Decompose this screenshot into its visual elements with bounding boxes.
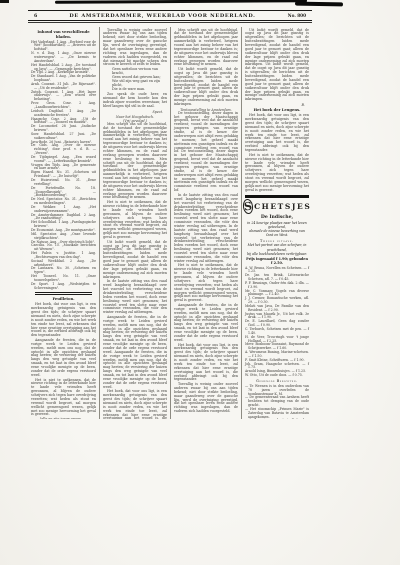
paragraph: Uit Indië wordt gemeld, dat de oogst op …	[245, 29, 309, 103]
paragraph: Men schrijft ons uit de hoofdstad, dat d…	[174, 29, 238, 68]
list-item: W. Otto, Uit de oude doos. — f 0.75.	[245, 374, 309, 378]
verse-block: Jelle en zijn jonge vrouw,Die van 't zui…	[40, 418, 96, 419]
section-heading: Inhoud van verschillende bladen.	[31, 30, 96, 40]
paragraph: Toevallig is weinig onder zooveel andere…	[103, 29, 167, 68]
ad-line: in 24 keurige plaatjes naar het leven ge…	[245, 221, 309, 229]
ad-initial-letter: S	[242, 199, 254, 215]
ad-subtitle: De Indische,	[245, 215, 309, 220]
paragraph: Zoo sprak de oude heer, en niemand die h…	[103, 93, 167, 109]
paragraph: Het is niet te ontkennen, dat de nieuwe …	[31, 379, 96, 418]
paragraph: In de laatste zitting van den raad werd …	[174, 194, 238, 264]
issue-number: No. 800	[288, 13, 306, 18]
list-item: De Sport. 1 Aug. „Wedstrijden te Scheven…	[31, 283, 96, 291]
signature: Spect.	[103, 110, 167, 114]
paragraph: Het boek, dat voor ons ligt, is een merk…	[174, 344, 238, 383]
divider-rule	[35, 292, 92, 295]
scan-artifact-corner	[0, 0, 9, 3]
content-list: Het Vaderland. 1 Aug. „Eerbied voor de W…	[31, 41, 96, 291]
page-number: 6	[34, 14, 37, 19]
newspaper-column: Men schrijft ons uit de hoofdstad, dat d…	[170, 27, 241, 419]
paragraph: Uit Indië wordt gemeld, dat de oogst op …	[174, 68, 238, 107]
ad-line: bij alle boekhandelaren verkrijgbaar.	[245, 252, 309, 256]
ad-box: SCHETSJESDe Indische,in 24 keurige plaat…	[245, 199, 309, 265]
paragraph: Aangaande de feesten, die in de vorige w…	[31, 339, 96, 378]
masthead: 6 DE AMSTERDAMMER, WEEKBLAD VOOR NEDERLA…	[28, 10, 312, 23]
newspaper-page: 6 DE AMSTERDAMMER, WEEKBLAD VOOR NEDERLA…	[0, 0, 400, 565]
ad-title-row: SCHETSJES	[245, 199, 309, 214]
content-list: — Te Weenen is in den ouderdom van 78 ja…	[245, 385, 309, 419]
ad-line: Met het portret van den schrijver, in pr…	[245, 243, 309, 251]
paragraph: Aangaande de feesten, die in de vorige w…	[174, 304, 238, 343]
content-list: A. W. Bruna, Novellen en Schetsen. — f 1…	[245, 267, 309, 378]
list-item: N. v. d. Dag. 1 Aug. „Onze nieuwe waterw…	[31, 52, 96, 64]
paragraph: Uit Indië wordt gemeld, dat de oogst op …	[103, 241, 167, 280]
ad-line: alsmede de nieuwe bewerking van Oost en …	[245, 229, 309, 237]
verse-block: Geen nutteloos vertoon van kracht,Geen w…	[112, 68, 167, 92]
paragraph: Het is niet te ontkennen, dat de nieuwe …	[245, 154, 309, 193]
paragraph: Aangaande de feesten, die in de vorige w…	[103, 316, 167, 390]
paragraph: Het is niet te ontkennen, dat de nieuwe …	[174, 264, 238, 303]
masthead-rule-bottom-thin	[28, 22, 312, 23]
paragraph: Het boek, dat voor ons ligt, is een merk…	[31, 303, 96, 338]
ad-edition-heading: Tweede uitgave.	[245, 239, 309, 243]
newspaper-column: Toevallig is weinig onder zooveel andere…	[99, 27, 170, 419]
masthead-rule-bottom-thick	[28, 20, 312, 21]
scan-artifact-top	[55, 0, 307, 4]
ad-price: Prijs ingenaaid f 1.90; gebonden f 2.50.	[245, 257, 309, 265]
paragraph: Toevallig is weinig onder zooveel andere…	[174, 383, 238, 414]
list-item: — Het stoomschip „Prinses Marie" is Zate…	[245, 408, 309, 419]
paragraph: Men schrijft ons uit de hoofdstad, dat d…	[103, 123, 167, 201]
paragraph: In de laatste zitting van den raad werd …	[103, 280, 167, 315]
paragraph: Het boek, dat voor ons ligt, is een merk…	[103, 390, 167, 419]
paragraph: De tentoonstelling, dezer dagen in het g…	[174, 112, 238, 193]
masthead-title: DE AMSTERDAMMER, WEEKBLAD VOOR NEDERLAND…	[69, 13, 255, 19]
paragraph: Het is niet te ontkennen, dat de nieuwe …	[103, 201, 167, 240]
column-area: Inhoud van verschillende bladen.Het Vade…	[28, 27, 312, 419]
ad-title: CHETSJES	[254, 202, 311, 211]
paragraph: Het boek, dat voor ons ligt, is een merk…	[245, 114, 309, 153]
signature: B.	[245, 103, 309, 107]
verse-line: Jelle en zijn jonge vrouw,	[40, 418, 96, 419]
scan-artifact-top-right	[295, 2, 343, 7]
heavy-rule	[245, 195, 309, 198]
newspaper-column: Inhoud van verschillende bladen.Het Vade…	[28, 27, 99, 419]
newspaper-column: Uit Indië wordt gemeld, dat de oogst op …	[241, 27, 312, 419]
